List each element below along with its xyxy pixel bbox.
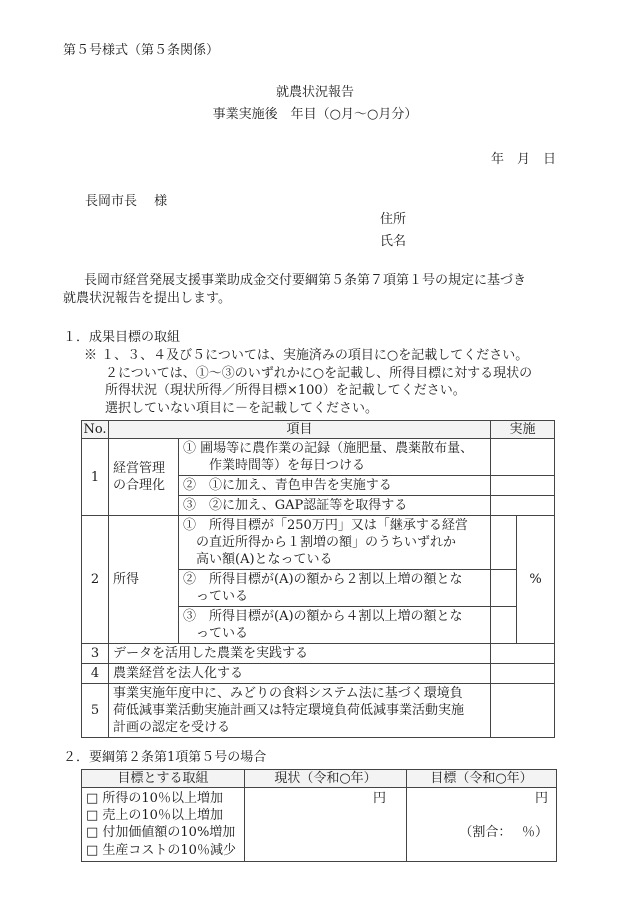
results-header-no: No. xyxy=(82,421,109,439)
intro-paragraph: 長岡市経営発展支援事業助成金交付要綱第５条第７項第１号の規定に基づき 就農状況報… xyxy=(63,272,568,307)
document-page: 第５号様式（第５条関係） 就農状況報告 事業実施後 年目（○月～○月分） 年 月… xyxy=(0,0,630,903)
addressee: 長岡市長 様 xyxy=(85,193,167,211)
row2-item2-done-cell[interactable] xyxy=(491,570,517,607)
row2-item3-done-cell[interactable] xyxy=(491,607,517,644)
row1-item2-done-cell[interactable] xyxy=(491,476,555,496)
row2-item2: ② 所得目標が(A)の額から２割以上増の額とな っている xyxy=(179,570,491,607)
address-label: 住所 xyxy=(380,211,406,229)
document-subtitle: 事業実施後 年目（○月～○月分） xyxy=(0,106,630,124)
row5-item: 事業実施年度中に、みどりの食料システム法に基づく環境負 荷低減事業活動実施計画又… xyxy=(109,684,491,738)
row4-no: 4 xyxy=(82,664,109,684)
row3-item: データを活用した農業を実践する xyxy=(109,644,491,664)
row4-item: 農業経営を法人化する xyxy=(109,664,491,684)
row5-done-cell[interactable] xyxy=(491,684,555,738)
row1-category: 経営管理の合理化 xyxy=(109,439,179,516)
results-header-done: 実施 xyxy=(491,421,555,439)
row1-no: 1 xyxy=(82,439,109,516)
section1-note: ※ １、３、４及び５については、実施済みの項目に○を記載してください。 ２につい… xyxy=(84,347,605,418)
row1-item1: ① 圃場等に農作業の記録（施肥量、農薬散布量、 作業時間等）を毎日つける xyxy=(179,439,491,476)
row2-category: 所得 xyxy=(109,516,179,644)
row2-percent-unit: % xyxy=(517,516,555,644)
goal-header-target: 目標（令和○年） xyxy=(407,770,557,788)
row3-done-cell[interactable] xyxy=(491,644,555,664)
row5-no: 5 xyxy=(82,684,109,738)
name-label: 氏名 xyxy=(380,233,406,251)
goal-header-current: 現状（令和○年） xyxy=(245,770,407,788)
section1-heading: １．成果目標の取組 xyxy=(63,329,180,347)
row3-no: 3 xyxy=(82,644,109,664)
goal-header-initiative: 目標とする取組 xyxy=(82,770,245,788)
row1-item1-done-cell[interactable] xyxy=(491,439,555,476)
results-header-item: 項目 xyxy=(109,421,491,439)
goal-table: 目標とする取組 現状（令和○年） 目標（令和○年） □ 所得の10％以上増加 □… xyxy=(81,769,557,862)
row2-item3: ③ 所得目標が(A)の額から４割以上増の額とな っている xyxy=(179,607,491,644)
date-line: 年 月 日 xyxy=(0,151,556,169)
row2-item1-done-cell[interactable] xyxy=(491,516,517,570)
row1-item3: ③ ②に加え、GAP認証等を取得する xyxy=(179,496,491,516)
goal-checkbox-list[interactable]: □ 所得の10％以上増加 □ 売上の10％以上増加 □ 付加価値額の10%増加 … xyxy=(82,788,245,862)
row1-item3-done-cell[interactable] xyxy=(491,496,555,516)
target-amount-cell[interactable]: 円 （割合： ％） xyxy=(407,788,557,862)
row4-done-cell[interactable] xyxy=(491,664,555,684)
results-table: No. 項目 実施 1 経営管理の合理化 ① 圃場等に農作業の記録（施肥量、農薬… xyxy=(81,420,555,738)
document-title: 就農状況報告 xyxy=(0,84,630,102)
row1-item2: ② ①に加え、青色申告を実施する xyxy=(179,476,491,496)
row2-no: 2 xyxy=(82,516,109,644)
row2-item1: ① 所得目標が「250万円」又は「継承する経営 の直近所得から１割増の額」のうち… xyxy=(179,516,491,570)
section2-heading: ２．要綱第２条第1項第５号の場合 xyxy=(63,749,266,767)
current-amount-cell[interactable]: 円 xyxy=(245,788,407,862)
form-number: 第５号様式（第５条関係） xyxy=(63,42,219,60)
